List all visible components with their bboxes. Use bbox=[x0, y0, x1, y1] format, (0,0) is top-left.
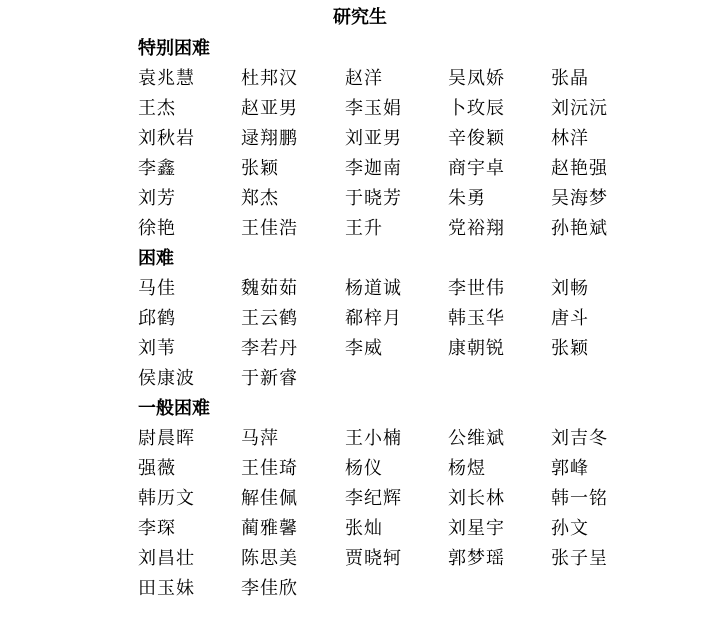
name-entry: 辛俊颖 bbox=[448, 126, 551, 156]
name-entry: 刘芳 bbox=[138, 186, 241, 216]
name-entry: 王佳浩 bbox=[241, 216, 345, 246]
name-entry: 李世伟 bbox=[448, 276, 551, 306]
name-entry: 于晓芳 bbox=[345, 186, 448, 216]
name-entry: 杨仪 bbox=[345, 456, 448, 486]
name-entry: 郗梓月 bbox=[345, 306, 448, 336]
name-entry: 杨煜 bbox=[448, 456, 551, 486]
name-entry: 张颖 bbox=[551, 336, 654, 366]
name-entry: 赵亚男 bbox=[241, 96, 345, 126]
name-entry: 韩一铭 bbox=[551, 486, 654, 516]
section-difficulty: 困难 马佳魏茹茹杨道诚李世伟刘畅邱鹤王云鹤郗梓月韩玉华唐斗刘苇李若丹李威康朝锐张… bbox=[138, 246, 658, 396]
name-entry: 刘沅沅 bbox=[551, 96, 654, 126]
name-entry: 康朝锐 bbox=[448, 336, 551, 366]
name-entry: 刘畅 bbox=[551, 276, 654, 306]
name-entry: 王杰 bbox=[138, 96, 241, 126]
name-grid: 袁兆慧杜邦汉赵洋吴凤娇张晶王杰赵亚男李玉娟卜玫辰刘沅沅刘秋岩逯翔鹏刘亚男辛俊颖林… bbox=[138, 66, 658, 246]
name-entry: 刘苇 bbox=[138, 336, 241, 366]
name-entry: 韩历文 bbox=[138, 486, 241, 516]
name-entry: 逯翔鹏 bbox=[241, 126, 345, 156]
name-entry: 李纪辉 bbox=[345, 486, 448, 516]
name-entry: 杜邦汉 bbox=[241, 66, 345, 96]
name-entry: 魏茹茹 bbox=[241, 276, 345, 306]
name-entry: 刘吉冬 bbox=[551, 426, 654, 456]
name-entry: 蔺雅馨 bbox=[241, 516, 345, 546]
name-entry: 公维斌 bbox=[448, 426, 551, 456]
name-entry: 王云鹤 bbox=[241, 306, 345, 336]
name-entry: 韩玉华 bbox=[448, 306, 551, 336]
name-entry: 强薇 bbox=[138, 456, 241, 486]
name-entry: 徐艳 bbox=[138, 216, 241, 246]
name-entry: 邱鹤 bbox=[138, 306, 241, 336]
name-entry: 李若丹 bbox=[241, 336, 345, 366]
name-entry: 王升 bbox=[345, 216, 448, 246]
name-entry: 朱勇 bbox=[448, 186, 551, 216]
document-title: 研究生 bbox=[0, 6, 720, 30]
name-entry: 林洋 bbox=[551, 126, 654, 156]
name-entry: 党裕翔 bbox=[448, 216, 551, 246]
name-entry: 孙文 bbox=[551, 516, 654, 546]
section-heading: 特别困难 bbox=[138, 36, 658, 66]
name-entry: 田玉妹 bbox=[138, 576, 241, 606]
name-entry: 赵艳强 bbox=[551, 156, 654, 186]
name-entry: 赵洋 bbox=[345, 66, 448, 96]
name-entry: 郭峰 bbox=[551, 456, 654, 486]
name-entry: 马萍 bbox=[241, 426, 345, 456]
name-entry: 李玉娟 bbox=[345, 96, 448, 126]
section-special-difficulty: 特别困难 袁兆慧杜邦汉赵洋吴凤娇张晶王杰赵亚男李玉娟卜玫辰刘沅沅刘秋岩逯翔鹏刘亚… bbox=[138, 36, 658, 246]
section-heading: 困难 bbox=[138, 246, 658, 276]
name-entry: 刘长林 bbox=[448, 486, 551, 516]
name-entry: 王佳琦 bbox=[241, 456, 345, 486]
name-entry: 卜玫辰 bbox=[448, 96, 551, 126]
name-entry: 刘昌壮 bbox=[138, 546, 241, 576]
name-entry: 贾晓轲 bbox=[345, 546, 448, 576]
name-entry: 侯康波 bbox=[138, 366, 241, 396]
name-grid: 尉晨晖马萍王小楠公维斌刘吉冬强薇王佳琦杨仪杨煜郭峰韩历文解佳佩李纪辉刘长林韩一铭… bbox=[138, 426, 658, 606]
name-entry: 张晶 bbox=[551, 66, 654, 96]
name-entry: 孙艳斌 bbox=[551, 216, 654, 246]
name-entry: 王小楠 bbox=[345, 426, 448, 456]
name-entry: 李威 bbox=[345, 336, 448, 366]
name-entry: 刘亚男 bbox=[345, 126, 448, 156]
name-entry: 尉晨晖 bbox=[138, 426, 241, 456]
name-grid: 马佳魏茹茹杨道诚李世伟刘畅邱鹤王云鹤郗梓月韩玉华唐斗刘苇李若丹李威康朝锐张颖侯康… bbox=[138, 276, 658, 396]
name-entry: 袁兆慧 bbox=[138, 66, 241, 96]
document-content: 特别困难 袁兆慧杜邦汉赵洋吴凤娇张晶王杰赵亚男李玉娟卜玫辰刘沅沅刘秋岩逯翔鹏刘亚… bbox=[138, 36, 658, 606]
name-entry: 陈思美 bbox=[241, 546, 345, 576]
name-entry: 马佳 bbox=[138, 276, 241, 306]
name-entry: 李迦南 bbox=[345, 156, 448, 186]
document-page: 研究生 特别困难 袁兆慧杜邦汉赵洋吴凤娇张晶王杰赵亚男李玉娟卜玫辰刘沅沅刘秋岩逯… bbox=[0, 0, 720, 618]
name-entry: 李佳欣 bbox=[241, 576, 345, 606]
name-entry: 商宇卓 bbox=[448, 156, 551, 186]
section-general-difficulty: 一般困难 尉晨晖马萍王小楠公维斌刘吉冬强薇王佳琦杨仪杨煜郭峰韩历文解佳佩李纪辉刘… bbox=[138, 396, 658, 606]
name-entry: 张颖 bbox=[241, 156, 345, 186]
section-heading: 一般困难 bbox=[138, 396, 658, 426]
name-entry: 刘星宇 bbox=[448, 516, 551, 546]
name-entry: 李琛 bbox=[138, 516, 241, 546]
name-entry: 张灿 bbox=[345, 516, 448, 546]
name-entry: 张子呈 bbox=[551, 546, 654, 576]
name-entry: 刘秋岩 bbox=[138, 126, 241, 156]
name-entry: 郭梦瑶 bbox=[448, 546, 551, 576]
name-entry: 李鑫 bbox=[138, 156, 241, 186]
name-entry: 杨道诚 bbox=[345, 276, 448, 306]
name-entry: 解佳佩 bbox=[241, 486, 345, 516]
name-entry: 于新睿 bbox=[241, 366, 345, 396]
name-entry: 吴海梦 bbox=[551, 186, 654, 216]
name-entry: 郑杰 bbox=[241, 186, 345, 216]
name-entry: 吴凤娇 bbox=[448, 66, 551, 96]
name-entry: 唐斗 bbox=[551, 306, 654, 336]
